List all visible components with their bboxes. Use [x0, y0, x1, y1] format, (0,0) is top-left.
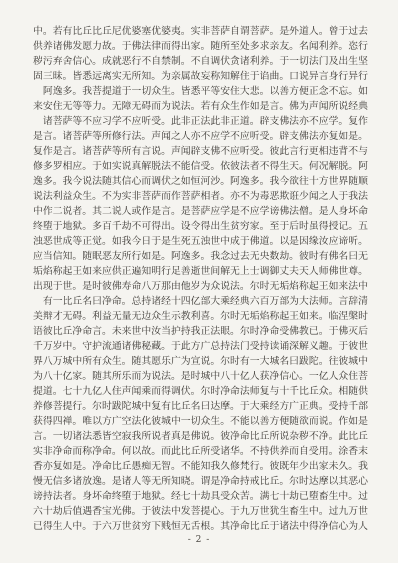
text-line: 美辩才无碍。利益无量无边众生示教利喜。尔时无垢焰称起王如来。临涅槃时 — [33, 309, 368, 324]
sutra-text-block: 中。若有比丘比丘尼优婆塞优婆夷。实非菩萨自谓菩萨。是外道人。曾于过去供养诸佛发愿… — [33, 24, 368, 534]
text-line: 千万岁中。守护流通诸佛秘藏。于此方广总持法门受持读诵深解义趣。于彼世 — [33, 339, 368, 354]
text-line: 出现于世。是时彼佛寿命八万那由他岁为众说法。尔时无垢焰称起王如来法中 — [33, 279, 368, 294]
text-line: 为八十亿家。随其所乐而为说法。是时城中八十亿人获净信心。一亿人众住菩 — [33, 369, 368, 384]
text-line: 浊恶世成等正觉。如我今日于是生死五浊世中成于佛道。以是因缘汝应谛听。 — [33, 234, 368, 249]
text-line: 说法利益众生。不为实非菩萨而作菩萨相者。亦不为毒恶欺诳少闻之人于我法 — [33, 189, 368, 204]
text-line: 有一比丘名曰净命。总持诸经十四亿部大乘经典六百万部为大法师。言辞清 — [33, 294, 368, 309]
text-line: 秽污弃舍信心。成就恶行不自禁制。不自调伏贪诸利养。于一切法门及出生坚 — [33, 54, 368, 69]
text-line: 逸多。我今说法随其信心而调伏之如恒河沙。阿逸多。我今欲往十方世界随顺 — [33, 174, 368, 189]
text-line: 养修菩提行。尔时跋陀城中复有比丘名曰达摩。于大乘经方广正典。受持千部 — [33, 399, 368, 414]
text-line: 言。一切诸法悉皆空寂我所说者真是佛说。彼净命比丘所说杂秽不净。此比丘 — [33, 429, 368, 444]
text-line: 阿逸多。我菩提道于一切众生。皆悉平等安住大悲。以善方便正念不忘。如 — [33, 84, 368, 99]
text-line: 应当信知。随眠恶友所行如是。阿逸多。我念过去无央数劫。彼时有佛名曰无 — [33, 249, 368, 264]
text-line: 供养诸佛发愿力故。于佛法律而得出家。随所至处多求亲友。名闻利养。恣行 — [33, 39, 368, 54]
text-line: 来安住无等等力。无障无碍而为说法。若有众生作如是言。佛为声闻所说经典 — [33, 99, 368, 114]
text-line: 复作是言。诸菩萨等所有言说。声闻辟支佛不应听受。彼此言行更相违背不与 — [33, 144, 368, 159]
text-line: 固三昧。皆悉远离实无所知。为亲属故妄称知解住于谄曲。口说异言身行异行 — [33, 69, 368, 84]
text-line: 提道。七十九亿人住声闻乘而得调伏。尔时净命法师复与十千比丘众。相随供 — [33, 384, 368, 399]
text-line: 是言。诸菩萨等所修行法。声闻之人亦不应学不应听受。辟支佛法亦复如是。 — [33, 129, 368, 144]
text-line: 慢无信多诸放逸。是诸人等无所知晓。谓是净命持戒比丘。尔时达摩以其恶心 — [33, 474, 368, 489]
text-line: 修多罗相应。于如实说真解脱法不能信受。依彼法者不得生天。何况解脱。阿 — [33, 159, 368, 174]
document-page: 中。若有比丘比丘尼优婆塞优婆夷。实非菩萨自谓菩萨。是外道人。曾于过去供养诸佛发愿… — [0, 0, 398, 563]
text-line: 中。若有比丘比丘尼优婆塞优婆夷。实非菩萨自谓菩萨。是外道人。曾于过去 — [33, 24, 368, 39]
text-line: 已得生人中。于六万世贫穷下贱恒无舌根。其净命比丘于诸法中得净信心为人 — [33, 519, 368, 534]
text-line: 六十劫后值遇香宝光佛。于彼法中发菩提心。于九万世犹生畜生中。过九万世 — [33, 504, 368, 519]
text-line: 语彼比丘净命言。未来世中汝当护持我正法眼。尔时净命受佛教已。于佛灭后 — [33, 324, 368, 339]
text-line: 垢焰称起王如来应供正遍知明行足善逝世间解无上士调御丈夫天人师佛世尊。 — [33, 264, 368, 279]
text-line: 终堕于地狱。多百千劫不可得出。设令得出生贫穷家。至于后时虽得授记。五 — [33, 219, 368, 234]
text-line: 香亦复如是。净命比丘愚痴无智。不能知我久修梵行。彼既年少出家未久。我 — [33, 459, 368, 474]
text-line: 诸菩萨等不应习学不应听受。此非正法此非正道。辟支佛法亦不应学。复作 — [33, 114, 368, 129]
text-line: 谤持法者。身坏命终堕于地狱。经七十劫具受众苦。满七十劫已堕畜生中。过 — [33, 489, 368, 504]
page-number: - 2 - — [0, 534, 398, 546]
text-line: 实非净命而称净命。何以故。而此比丘所受诸华。不持供养而自受用。涂香末 — [33, 444, 368, 459]
text-line: 获得四禅。唯以方广空法化彼城中一切众生。不能以善方便随欲而说。作如是 — [33, 414, 368, 429]
text-line: 中作二说者。其二说人或作是言。是菩萨应学是不应学谤佛法僧。是人身坏命 — [33, 204, 368, 219]
text-line: 界八万城中所有众生。随其愿乐广为宣说。尔时有一大城名曰跋陀。往彼城中 — [33, 354, 368, 369]
